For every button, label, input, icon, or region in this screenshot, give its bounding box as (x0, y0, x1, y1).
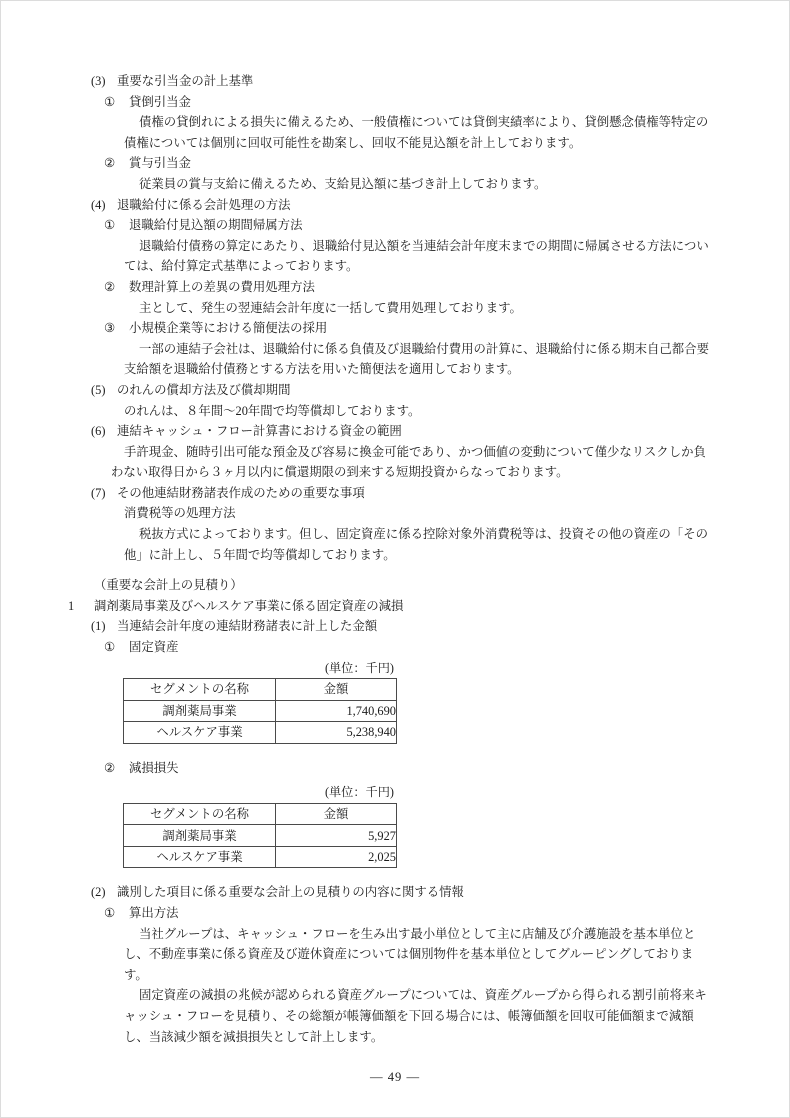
item-title: 減損損失 (129, 761, 179, 775)
table-row: 調剤薬局事業 1,740,690 (124, 700, 397, 722)
item-impairment-fixed-assets: 1調剤薬局事業及びヘルスケア事業に係る固定資産の減損 (68, 596, 716, 617)
paragraph: 退職給付債務の算定にあたり、退職給付見込額を当連結会計年度末までの期間に帰属させ… (124, 236, 716, 277)
amount-cell: 2,025 (276, 846, 397, 868)
table-header-row: セグメントの名称 金額 (124, 803, 397, 825)
item-marker: ① (104, 215, 129, 236)
item-marker: (6) (91, 421, 117, 442)
segment-name-header: セグメントの名称 (124, 803, 276, 825)
item-title: その他連結財務諸表作成のための重要な事項 (117, 486, 365, 500)
sub-item-attribution-method: ①退職給付見込額の期間帰属方法 (104, 215, 716, 236)
table-row: ヘルスケア事業 5,238,940 (124, 722, 397, 744)
item-title: 退職給付見込額の期間帰属方法 (129, 218, 302, 232)
item-marker: (5) (91, 380, 117, 401)
item-title: 当連結会計年度の連結財務諸表に計上した金額 (117, 619, 377, 633)
segment-name-header: セグメントの名称 (124, 679, 276, 701)
segment-name-cell: ヘルスケア事業 (124, 846, 276, 868)
item-provisions: (3)重要な引当金の計上基準 (91, 71, 716, 92)
segment-name-cell: 調剤薬局事業 (124, 700, 276, 722)
item-marker: ① (104, 903, 129, 924)
amount-cell: 5,238,940 (276, 722, 397, 744)
amount-cell: 5,927 (276, 825, 397, 847)
segment-table-impairment-loss: セグメントの名称 金額 調剤薬局事業 5,927 ヘルスケア事業 2,025 (123, 803, 397, 869)
table-header-row: セグメントの名称 金額 (124, 679, 397, 701)
amount-header: 金額 (276, 803, 397, 825)
segment-table-fixed-assets: セグメントの名称 金額 調剤薬局事業 1,740,690 ヘルスケア事業 5,2… (123, 678, 397, 744)
item-retirement-benefits: (4)退職給付に係る会計処理の方法 (91, 195, 716, 216)
item-title: 識別した項目に係る重要な会計上の見積りの内容に関する情報 (117, 885, 464, 899)
item-marker: (4) (91, 195, 117, 216)
item-title: のれんの償却方法及び償却期間 (117, 383, 290, 397)
item-marker: (2) (91, 882, 117, 903)
sub-item-calculation-method: ①算出方法 (104, 903, 716, 924)
paragraph: 固定資産の減損の兆候が認められる資産グループについては、資産グループから得られる… (124, 985, 716, 1047)
segment-name-cell: 調剤薬局事業 (124, 825, 276, 847)
item-marker: ③ (104, 318, 129, 339)
item-title: 賞与引当金 (129, 156, 191, 170)
item-marker: ② (104, 277, 129, 298)
item-title: 貸倒引当金 (129, 95, 191, 109)
item-goodwill-amortization: (5)のれんの償却方法及び償却期間 (91, 380, 716, 401)
sub-item-fixed-assets: ①固定資産 (104, 637, 716, 658)
item-title: 退職給付に係る会計処理の方法 (117, 198, 290, 212)
table-row: 調剤薬局事業 5,927 (124, 825, 397, 847)
item-other-important-matters: (7)その他連結財務諸表作成のための重要な事項 (91, 483, 716, 504)
sub-item-bonus-provision: ②賞与引当金 (104, 153, 716, 174)
item-title: 小規模企業等における簡便法の採用 (129, 321, 327, 335)
item-title: 算出方法 (129, 906, 179, 920)
sub-item-impairment-loss: ②減損損失 (104, 758, 716, 779)
paragraph: 債権の貸倒れによる損失に備えるため、一般債権については貸倒実績率により、貸倒懸念… (124, 112, 716, 153)
item-marker: ① (104, 92, 129, 113)
item-title: 数理計算上の差異の費用処理方法 (129, 280, 315, 294)
sub-item-actuarial-differences: ②数理計算上の差異の費用処理方法 (104, 277, 716, 298)
paragraph: 当社グループは、キャッシュ・フローを生み出す最小単位として主に店舗及び介護施設を… (124, 924, 716, 986)
paragraph: 一部の連結子会社は、退職給付に係る負債及び退職給付費用の計算に、退職給付に係る期… (124, 339, 716, 380)
unit-label: (単位：千円) (123, 658, 394, 679)
item-marker: ② (104, 153, 129, 174)
item-marker: (7) (91, 483, 117, 504)
section-heading-estimates: （重要な会計上の見積り） (94, 575, 716, 596)
document-page: (3)重要な引当金の計上基準 ①貸倒引当金 債権の貸倒れによる損失に備えるため、… (0, 0, 790, 1118)
sub-heading-consumption-tax: 消費税等の処理方法 (124, 503, 716, 524)
paragraph: 手許現金、随時引出可能な預金及び容易に換金可能であり、かつ価値の変動について僅少… (111, 442, 716, 483)
item-marker: 1 (68, 596, 94, 617)
item-title: 調剤薬局事業及びヘルスケア事業に係る固定資産の減損 (94, 599, 403, 613)
item-marker: (3) (91, 71, 117, 92)
paragraph: 従業員の賞与支給に備えるため、支給見込額に基づき計上しております。 (124, 174, 716, 195)
page-number: ― 49 ― (1, 1067, 789, 1088)
paragraph: 主として、発生の翌連結会計年度に一括して費用処理しております。 (124, 298, 716, 319)
item-estimate-information: (2)識別した項目に係る重要な会計上の見積りの内容に関する情報 (91, 882, 716, 903)
paragraph: 税抜方式によっております。但し、固定資産に係る控除対象外消費税等は、投資その他の… (124, 524, 716, 565)
segment-name-cell: ヘルスケア事業 (124, 722, 276, 744)
item-title: 固定資産 (129, 640, 179, 654)
item-cash-scope: (6)連結キャッシュ・フロー計算書における資金の範囲 (91, 421, 716, 442)
item-marker: ② (104, 758, 129, 779)
item-marker: ① (104, 637, 129, 658)
amount-header: 金額 (276, 679, 397, 701)
paragraph: のれんは、８年間～20年間で均等償却しております。 (111, 401, 716, 422)
table-row: ヘルスケア事業 2,025 (124, 846, 397, 868)
item-title: 連結キャッシュ・フロー計算書における資金の範囲 (117, 424, 402, 438)
item-marker: (1) (91, 616, 117, 637)
item-recorded-amounts: (1)当連結会計年度の連結財務諸表に計上した金額 (91, 616, 716, 637)
amount-cell: 1,740,690 (276, 700, 397, 722)
unit-label: (単位：千円) (123, 782, 394, 803)
sub-item-simplified-method: ③小規模企業等における簡便法の採用 (104, 318, 716, 339)
item-title: 重要な引当金の計上基準 (117, 74, 253, 88)
sub-item-allowance-doubtful: ①貸倒引当金 (104, 92, 716, 113)
